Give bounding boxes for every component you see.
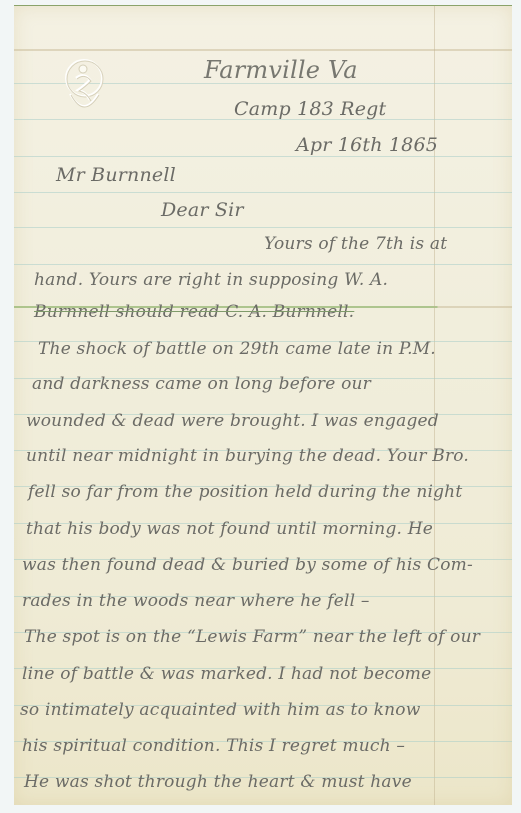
embossed-seal-icon: [56, 56, 111, 121]
letter-body-line: Burnnell should read C. A. Burnnell.: [34, 302, 354, 322]
letter-body-line: so intimately acquainted with him as to …: [20, 700, 420, 720]
letter-place: Farmville Va: [204, 56, 358, 84]
letter-body-line: was then found dead & buried by some of …: [22, 555, 473, 575]
letter-body-line: his spiritual condition. This I regret m…: [22, 736, 405, 756]
letter-body-line: fell so far from the position held durin…: [28, 482, 462, 502]
letter-camp: Camp 183 Regt: [234, 98, 386, 120]
fold-crease-top: [14, 49, 512, 51]
ruled-line: [14, 264, 512, 265]
letter-paper: Farmville Va Camp 183 Regt Apr 16th 1865…: [14, 5, 512, 805]
ruled-line: [14, 156, 512, 157]
letter-body-line: The shock of battle on 29th came late in…: [38, 339, 436, 359]
letter-body-line: The spot is on the “Lewis Farm” near the…: [24, 627, 480, 647]
letter-date: Apr 16th 1865: [296, 134, 438, 156]
ruled-line: [14, 192, 512, 193]
letter-body-line: rades in the woods near where he fell –: [22, 591, 370, 611]
fold-crease-vertical: [434, 6, 435, 805]
letter-body-line: Yours of the 7th is at: [264, 234, 447, 254]
letter-body-line: until near midnight in burying the dead.…: [26, 446, 469, 466]
letter-greeting: Dear Sir: [161, 199, 244, 221]
letter-body-line: line of battle & was marked. I had not b…: [22, 664, 431, 684]
letter-recipient: Mr Burnnell: [56, 164, 176, 186]
letter-body-line: that his body was not found until mornin…: [26, 519, 433, 539]
letter-body-line: and darkness came on long before our: [32, 374, 371, 394]
ruled-line: [14, 227, 512, 228]
letter-body-line: He was shot through the heart & must hav…: [24, 772, 412, 792]
letter-body-line: wounded & dead were brought. I was engag…: [26, 411, 439, 431]
letter-body-line: hand. Yours are right in supposing W. A.: [34, 270, 388, 290]
scanned-letter-page: Farmville Va Camp 183 Regt Apr 16th 1865…: [0, 0, 521, 813]
